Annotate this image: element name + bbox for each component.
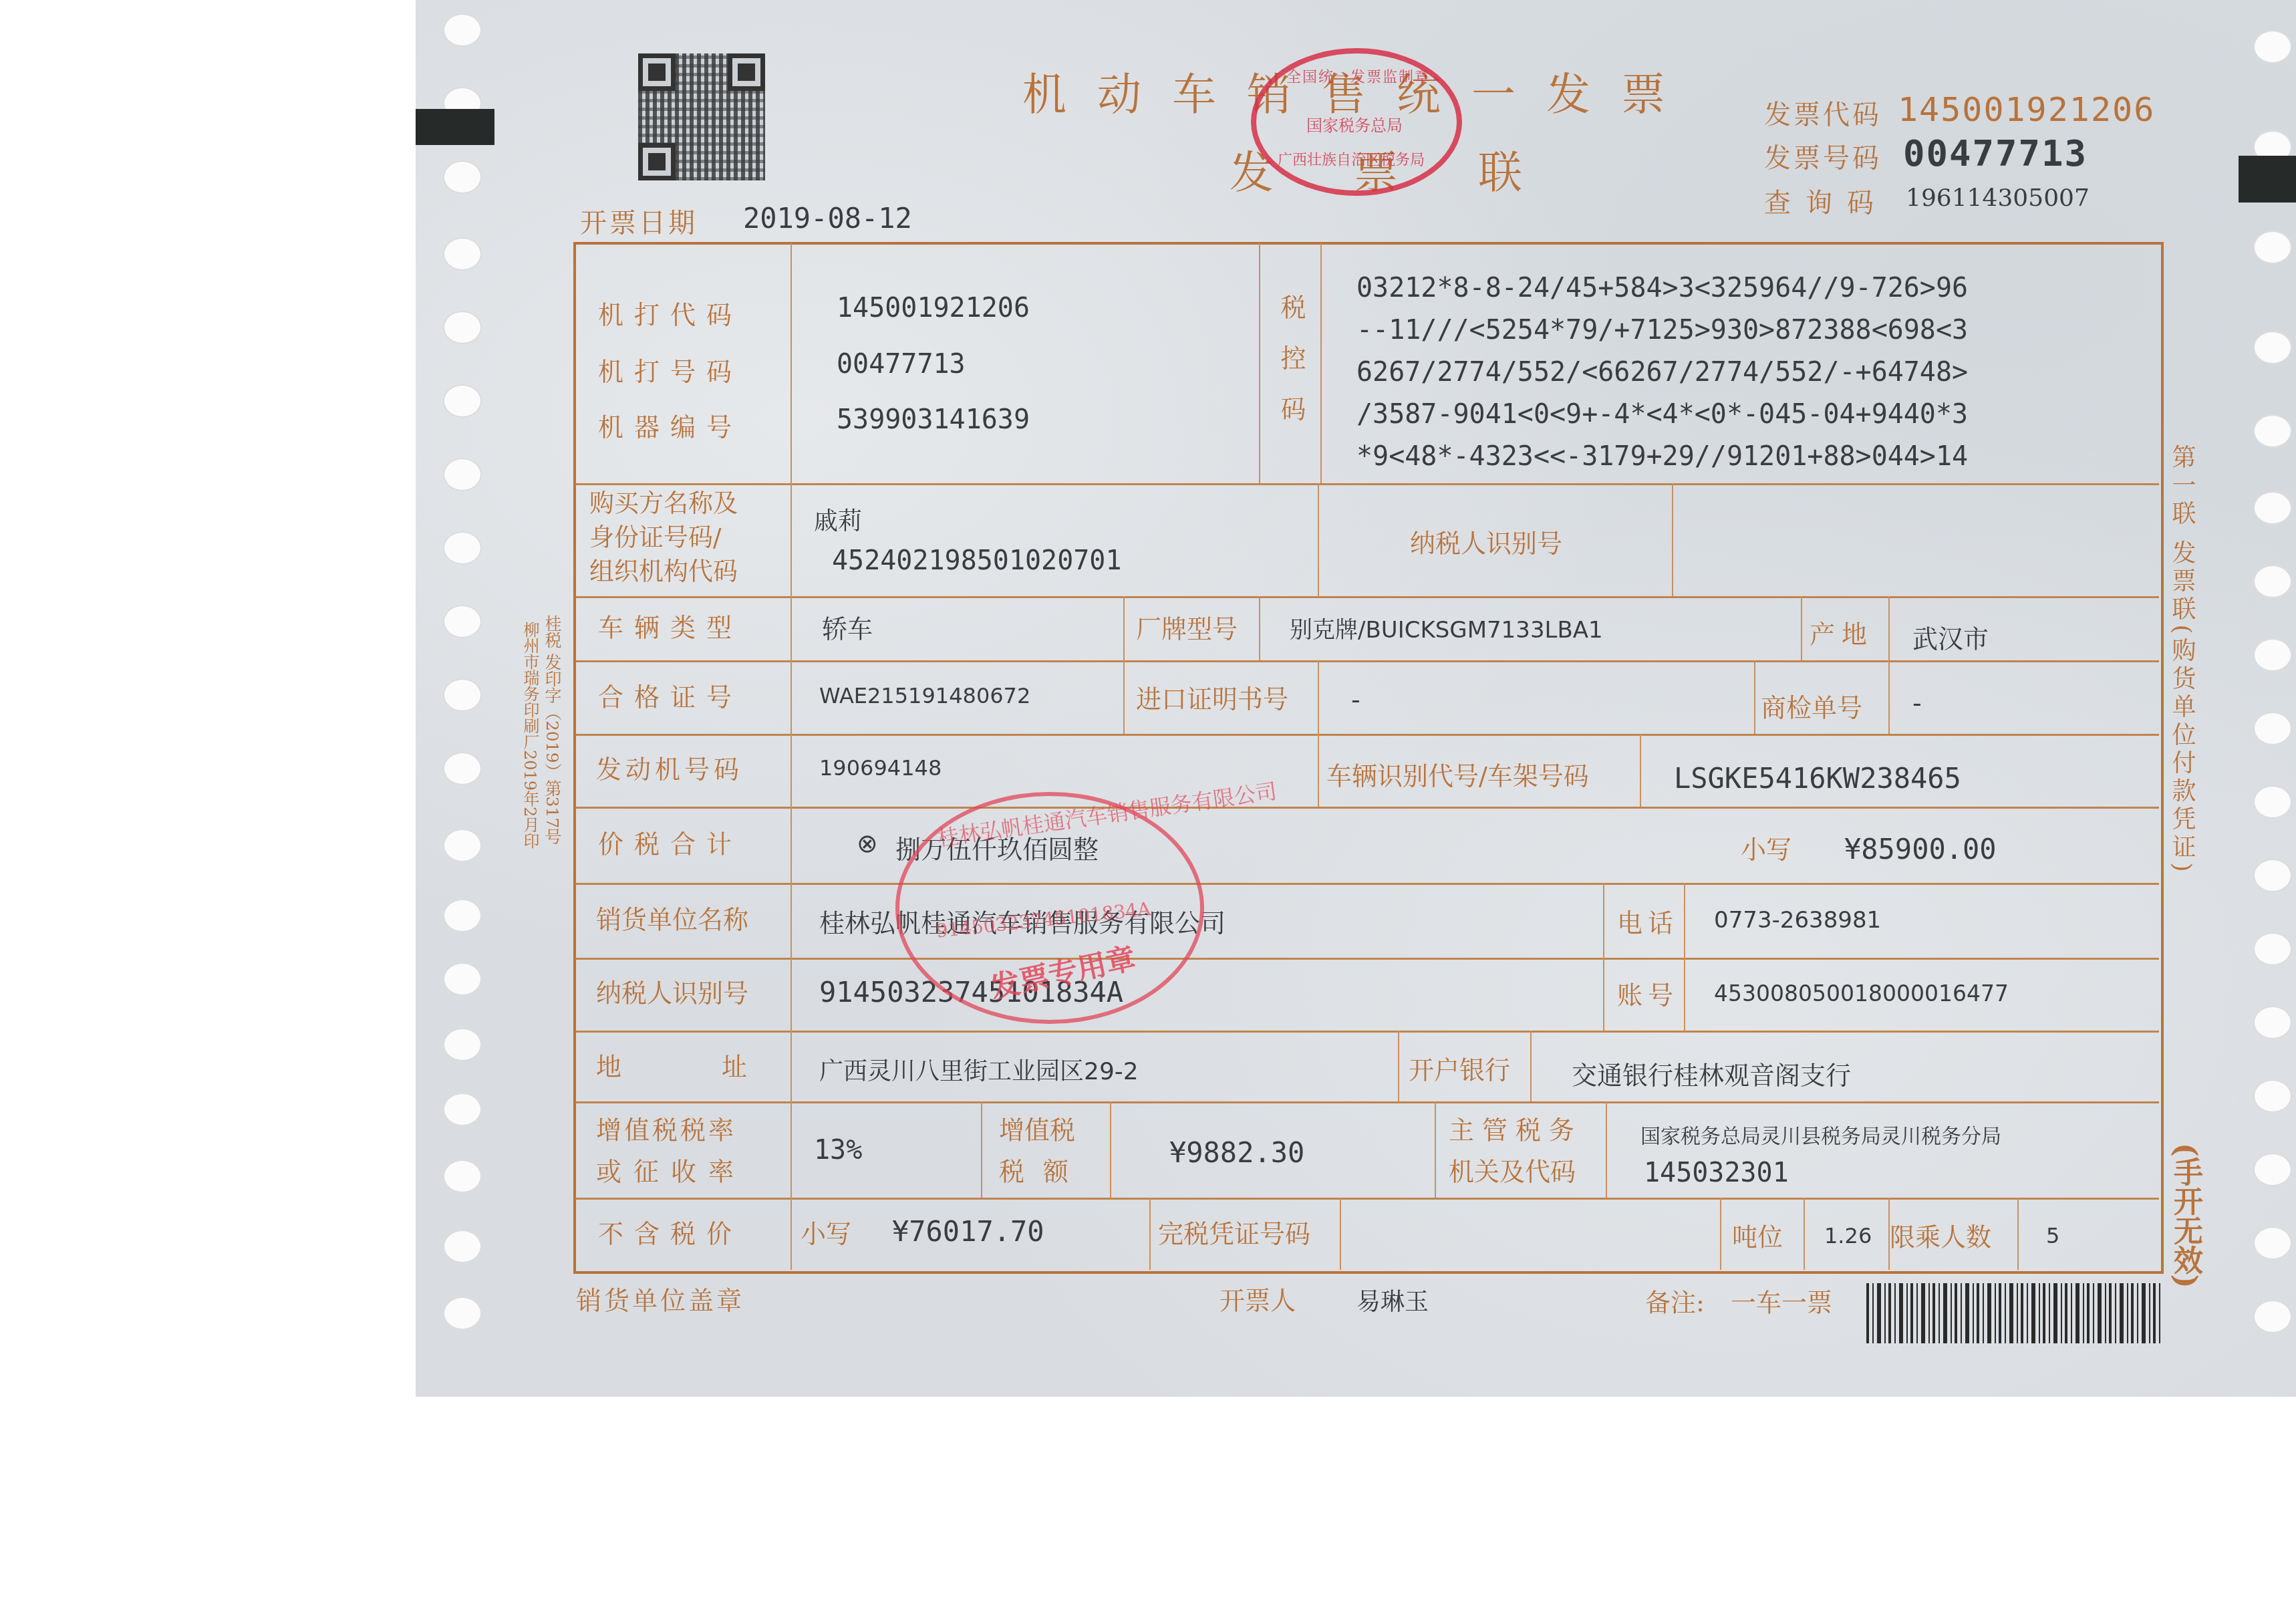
seller-phone-label: 电话: [1617, 902, 1679, 939]
col-divider: [1603, 883, 1604, 1031]
seller-bank-label: 开户银行: [1409, 1049, 1510, 1086]
printer-note: 柳州市瑞务印刷厂2019年2月印: [519, 622, 542, 849]
col-divider: [1398, 1031, 1399, 1101]
col-divider: [1259, 243, 1260, 483]
row-divider: [575, 807, 2159, 809]
origin: 武汉市: [1912, 618, 1989, 655]
seller-name-label: 销货单位名称: [596, 899, 748, 936]
feed-hole: [443, 1093, 482, 1126]
passengers-label: 限乘人数: [1890, 1216, 1991, 1253]
col-divider: [1640, 734, 1641, 807]
col-divider: [1123, 596, 1125, 734]
col-divider: [2017, 1198, 2019, 1270]
price-excl-tax: ¥76017.70: [892, 1215, 1044, 1248]
feed-hole: [443, 160, 482, 194]
cipher-line: *9<48*-4323<<-3179+29//91201+88>044>14: [1356, 436, 2145, 478]
inspection-label: 商检单号: [1761, 687, 1862, 724]
seller-phone: 0773-2638981: [1714, 907, 1881, 934]
seller-seal-label: 销货单位盖章: [576, 1280, 744, 1317]
feed-hole: [2253, 932, 2292, 966]
row-divider: [575, 483, 2159, 485]
col-divider: [1720, 1198, 1721, 1270]
tax-rate-label: 增值税税率 或征收率: [596, 1109, 746, 1192]
total-amount: ¥85900.00: [1844, 833, 1997, 865]
col-divider: [1149, 1198, 1151, 1270]
total-label: 价税合计: [598, 823, 742, 860]
feed-hole: [443, 1028, 482, 1061]
tax-authority-label-line: 主管税务: [1449, 1109, 1582, 1151]
feed-hole: [443, 829, 482, 862]
col-divider: [1754, 660, 1755, 734]
feed-hole: [443, 531, 482, 565]
buyer-label-line: 购买方名称及: [589, 487, 738, 521]
buyer-id-number: 452402198501020701: [832, 545, 1121, 576]
seller-address-label: 地址: [596, 1046, 847, 1083]
feed-hole: [2253, 1079, 2292, 1113]
tax-paid-cert-label: 完税凭证号码: [1158, 1213, 1310, 1250]
barcode: [1866, 1283, 2164, 1343]
feed-hole: [443, 678, 482, 712]
col-divider: [1606, 1101, 1607, 1198]
feed-hole: [2253, 1006, 2292, 1039]
issue-date: 2019-08-12: [743, 202, 912, 235]
row-divider: [575, 1101, 2159, 1103]
tax-control-code: 03212*8-8-24/45+584>3<325964//9-726>96--…: [1356, 267, 2145, 478]
feed-hole: [443, 1160, 482, 1193]
issue-date-label: 开票日期: [580, 202, 698, 240]
tax-amount-label: 增值税 税额: [999, 1109, 1087, 1192]
col-divider: [1801, 596, 1802, 660]
machine-number: 00477713: [837, 349, 966, 380]
qr-finder: [638, 53, 676, 91]
query-code: 196114305007: [1906, 184, 2090, 212]
buyer-label: 购买方名称及 身份证号码/ 组织机构代码: [589, 487, 738, 589]
feed-hole: [2253, 712, 2292, 745]
feed-hole: [2253, 1153, 2292, 1186]
feed-hole: [2253, 565, 2292, 598]
qr-finder: [638, 143, 676, 180]
passengers: 5: [2046, 1223, 2059, 1248]
feed-hole: [443, 1297, 482, 1330]
qr-finder: [728, 53, 765, 91]
seller-taxpayer-id-label: 纳税人识别号: [596, 972, 748, 1009]
engine-label: 发动机号码: [596, 749, 743, 785]
col-divider: [1110, 1101, 1111, 1198]
col-divider: [1320, 243, 1322, 483]
col-divider: [791, 243, 792, 1270]
tax-amount-label-line: 税额: [999, 1151, 1087, 1192]
row-divider: [575, 958, 2159, 960]
col-divider: [1259, 596, 1260, 660]
buyer-label-line: 身份证号码/: [589, 521, 738, 555]
tax-authority-code: 145032301: [1644, 1158, 1789, 1188]
invoice-number-label: 发票号码: [1764, 137, 1882, 175]
vehicle-type: 轿车: [822, 608, 873, 645]
feed-hole: [2253, 859, 2292, 892]
vin: LSGKE5416KW238465: [1674, 762, 1961, 795]
cipher-line: 03212*8-8-24/45+584>3<325964//9-726>96: [1356, 267, 2145, 309]
right-alignment-marker: [2239, 156, 2296, 203]
col-divider: [1672, 483, 1673, 596]
tonnage: 1.26: [1824, 1223, 1872, 1248]
feed-hole: [443, 605, 482, 638]
row-divider: [575, 1198, 2159, 1200]
import-cert-label: 进口证明书号: [1136, 678, 1288, 715]
supervision-stamp-bottom: 广西壮族自治区税务局: [1278, 148, 1425, 169]
brand-model-label: 厂牌型号: [1136, 608, 1238, 645]
device-number: 539903141639: [837, 404, 1030, 435]
handwritten-invalid-note: (手开无效): [2164, 1143, 2206, 1289]
cipher-line: /3587-9041<0<9+-4*<4*<0*-045-04+9440*3: [1356, 394, 2145, 436]
cipher-line: --11///<5254*79/+7125>930>872388<698<3: [1356, 309, 2145, 352]
tonnage-label: 吨位: [1732, 1216, 1783, 1253]
feed-hole: [443, 237, 482, 271]
col-divider: [981, 1101, 982, 1198]
buyer-name: 戚莉: [814, 503, 862, 537]
feed-hole: [2253, 491, 2292, 525]
col-divider: [1318, 660, 1319, 807]
feed-hole: [443, 458, 482, 491]
invoice-code-label: 发票代码: [1764, 94, 1882, 132]
feed-hole: [2253, 414, 2292, 448]
left-alignment-marker: [416, 109, 494, 145]
feed-hole: [2253, 30, 2292, 63]
col-divider: [1340, 1198, 1341, 1270]
feed-hole: [2253, 785, 2292, 819]
invoice-number: 00477713: [1903, 132, 2088, 174]
feed-hole: [2253, 231, 2292, 264]
row-divider: [575, 596, 2159, 598]
seller-address: 广西灵川八里街工业园区29-2: [819, 1053, 1139, 1087]
vin-label: 车辆识别代号/车架号码: [1326, 755, 1589, 792]
tax-rate: 13%: [814, 1135, 862, 1166]
device-number-label: 机器编号: [598, 406, 742, 443]
qr-code: [638, 53, 765, 180]
col-divider: [1318, 483, 1319, 596]
col-divider: [1804, 1198, 1805, 1270]
supervision-stamp-top: 全国统一发票监制章: [1286, 65, 1431, 86]
tax-authority: 国家税务总局灵川县税务局灵川税务分局: [1640, 1119, 2001, 1149]
import-cert: -: [1351, 685, 1360, 714]
tax-amount-label-line: 增值税: [999, 1109, 1087, 1151]
feed-hole: [443, 899, 482, 932]
query-code-label: 查询码: [1764, 182, 1888, 220]
issuer-name: 易琳玉: [1356, 1283, 1429, 1317]
origin-label: 产地: [1810, 614, 1874, 650]
remark-text: 一车一票: [1731, 1282, 1832, 1319]
cert-label: 合格证号: [598, 676, 742, 713]
machine-code: 145001921206: [837, 293, 1030, 323]
feed-hole: [443, 1230, 482, 1263]
feed-hole: [443, 384, 482, 418]
feed-hole: [443, 13, 482, 47]
col-divider: [1684, 883, 1685, 1031]
col-divider: [1888, 596, 1890, 734]
feed-hole: [443, 311, 482, 344]
row-divider: [575, 883, 2159, 885]
feed-hole: [2253, 331, 2292, 364]
circle-x-icon: ⊗: [857, 829, 878, 858]
engine-number: 190694148: [819, 755, 942, 781]
cert-number: WAE215191480672: [819, 683, 1030, 708]
seller-account: 453008050018000016477: [1714, 980, 2009, 1007]
row-divider: [575, 734, 2159, 736]
supervision-stamp-middle: 国家税务总局: [1306, 112, 1403, 136]
tax-control-label: 税控码: [1273, 294, 1310, 446]
price-small-label: 小写: [801, 1213, 851, 1250]
copy-type-note: 第一联 发票联(购货单位付款凭证): [2168, 444, 2195, 952]
tax-rate-label-line: 增值税税率: [596, 1109, 746, 1151]
feed-hole: [443, 962, 482, 996]
feed-hole: [2253, 1226, 2292, 1260]
seller-bank: 交通银行桂林观音阁支行: [1572, 1055, 1851, 1091]
vehicle-type-label: 车辆类型: [598, 607, 742, 644]
col-divider: [1435, 1101, 1436, 1198]
price-excl-tax-label: 不含税价: [598, 1213, 742, 1250]
machine-code-label: 机打代码: [598, 294, 742, 331]
row-divider: [575, 660, 2159, 662]
buyer-taxpayer-id-label: 纳税人识别号: [1410, 523, 1562, 559]
inspection-number: -: [1912, 688, 1922, 718]
seller-account-label: 账号: [1617, 974, 1679, 1011]
cipher-line: 6267/2774/552/<66267/2774/552/-+64748>: [1356, 352, 2145, 394]
brand-model: 别克牌/BUICKSGM7133LBA1: [1290, 612, 1603, 644]
buyer-label-line: 组织机构代码: [589, 555, 738, 589]
feed-hole: [443, 752, 482, 785]
col-divider: [1530, 1031, 1532, 1101]
feed-hole: [2253, 638, 2292, 672]
issuer-label: 开票人: [1219, 1280, 1296, 1317]
feed-hole: [2253, 1300, 2292, 1333]
invoice-code: 145001921206: [1898, 90, 2155, 129]
tax-rate-label-line: 或征收率: [596, 1151, 746, 1192]
print-permit-note: 桂税 发印字（2019）第317号: [540, 615, 564, 845]
remark-label: 备注:: [1645, 1282, 1705, 1319]
tax-amount: ¥9882.30: [1169, 1136, 1304, 1169]
total-small-label: 小写: [1741, 829, 1791, 865]
tax-authority-label: 主管税务 机关及代码: [1449, 1109, 1582, 1192]
machine-number-label: 机打号码: [598, 351, 742, 388]
tax-authority-label-line: 机关及代码: [1449, 1151, 1582, 1192]
row-divider: [575, 1031, 2159, 1033]
